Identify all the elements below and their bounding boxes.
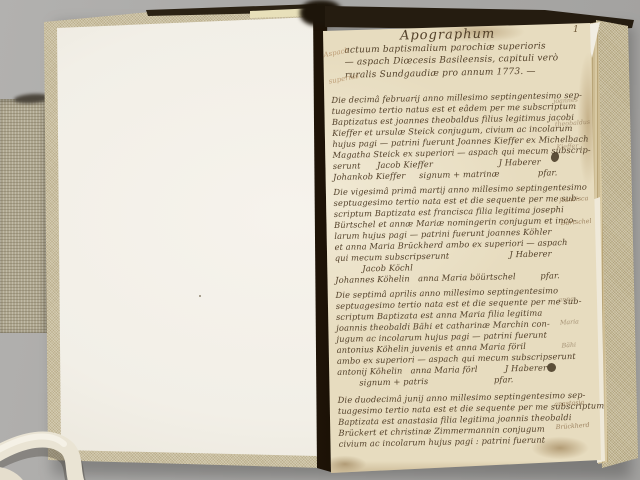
photo-baptismal-register-book: Apographum actuum baptismalium parochiæ … — [0, 0, 640, 480]
baptism-entry-3: Die septimâ aprilis anno millesimo septi… — [335, 285, 595, 389]
margin-note-line: francisca — [559, 195, 590, 205]
margin-note-line: anna — [558, 296, 577, 305]
margin-note-line: theobaldus — [555, 119, 591, 129]
margin-note-line: Bürtschel — [561, 218, 592, 228]
linen-fabric-swatch — [0, 99, 48, 333]
margin-note-line: Maria — [560, 318, 579, 327]
margin-note-entry-2: francisca Bürtschel — [558, 180, 593, 243]
page-number: 1 — [573, 25, 579, 35]
margin-note-line: Kieffer — [556, 141, 592, 151]
ink-blot — [547, 363, 556, 372]
margin-note-line: Aspach — [323, 45, 355, 60]
margin-note-line: Bähi — [561, 341, 580, 350]
margin-note-entry-4: anastasia Brückherd — [553, 384, 591, 447]
margin-note-line: superius — [328, 72, 360, 87]
dust-speck — [199, 295, 201, 297]
margin-note-line: Brückherd — [556, 422, 590, 432]
margin-note-line: anastasia — [554, 399, 588, 409]
baptism-entry-1: Die decimâ februarij anno millesimo sept… — [331, 90, 591, 183]
margin-note-line: joannes — [553, 96, 589, 106]
baptism-entry-2: Die vigesimâ primâ martij anno millesimo… — [333, 182, 593, 286]
